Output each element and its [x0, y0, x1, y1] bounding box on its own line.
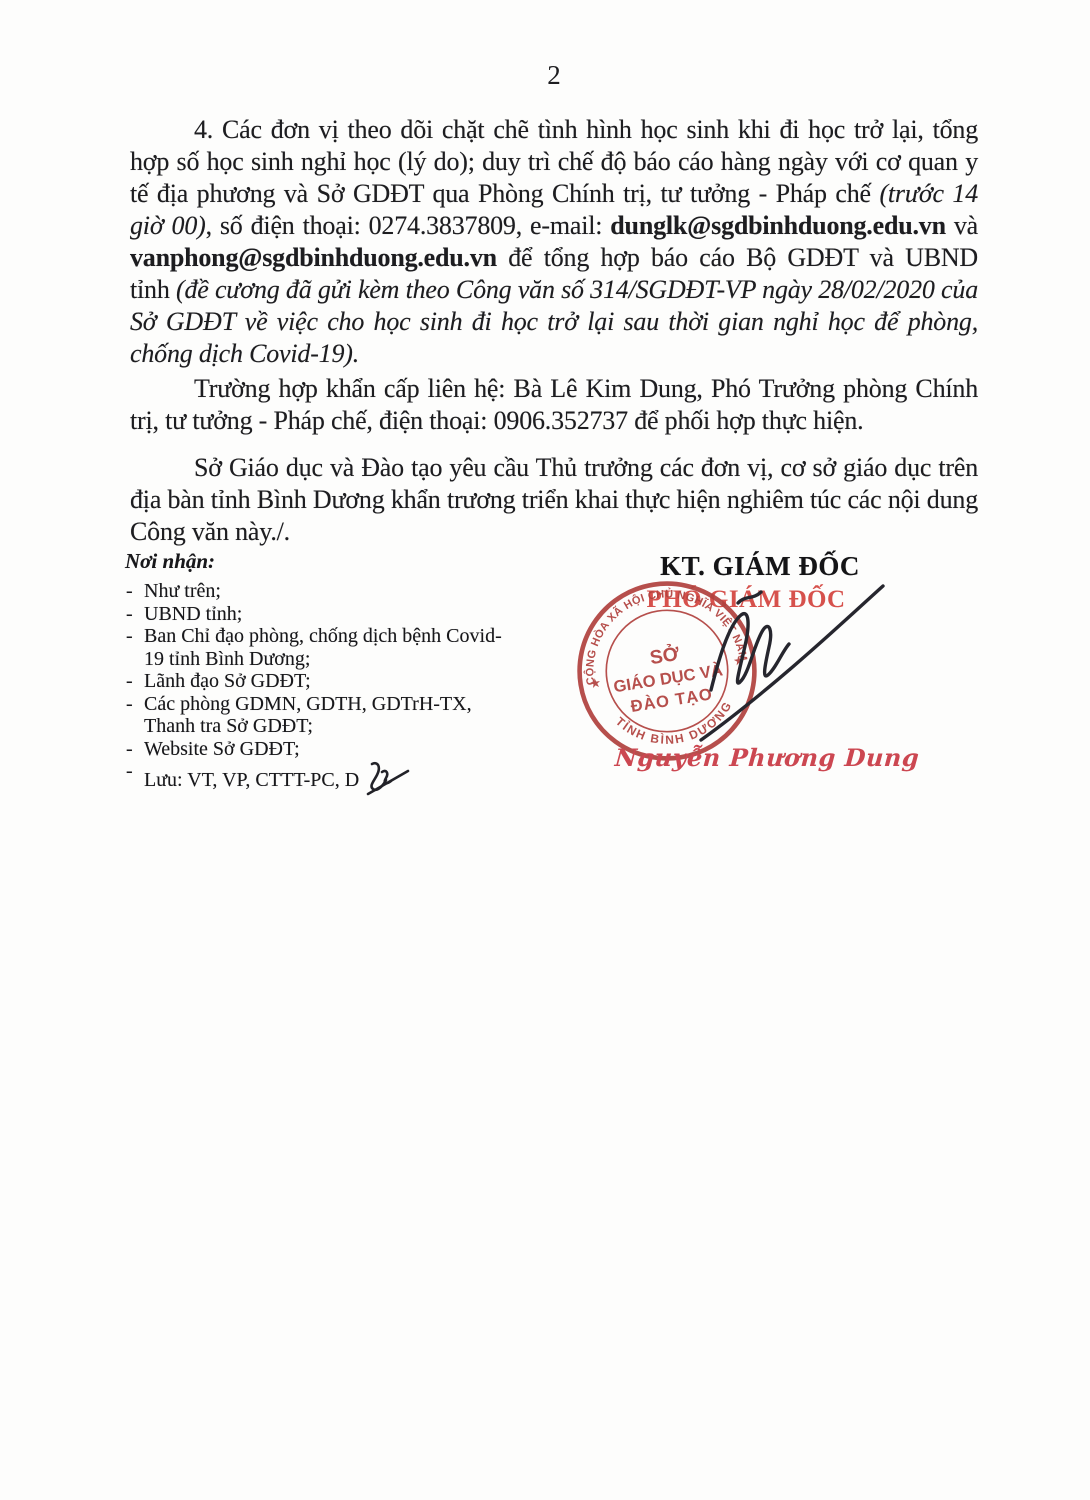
recipient-item: Các phòng GDMN, GDTH, GDTrH-TX, Thanh tr…	[125, 693, 517, 738]
recipient-item-luu: Lưu: VT, VP, CTTT-PC, D	[125, 760, 517, 802]
signature-block: KT. GIÁM ĐỐC PHÓ GIÁM ĐỐC CỘNG HÒA XÃ HỘ…	[555, 546, 985, 802]
paragraph-italic-note: (đề cương đã gửi kèm theo Công văn số 31…	[130, 275, 978, 368]
document-body: 4. Các đơn vị theo dõi chặt chẽ tình hìn…	[130, 114, 978, 548]
recipients-list: Như trên; UBND tỉnh; Ban Chỉ đạo phòng, …	[125, 580, 517, 802]
recipient-item: Ban Chỉ đạo phòng, chống dịch bệnh Covid…	[125, 625, 517, 670]
recipient-item: Như trên;	[125, 580, 517, 603]
paragraph-text: 4. Các đơn vị theo dõi chặt chẽ tình hìn…	[130, 115, 978, 208]
paragraph-emergency-contact: Trường hợp khẩn cấp liên hệ: Bà Lê Kim D…	[130, 373, 978, 437]
paragraph-item-4: 4. Các đơn vị theo dõi chặt chẽ tình hìn…	[130, 114, 978, 370]
recipients-title: Nơi nhận:	[125, 549, 517, 573]
handwritten-initials-mark	[360, 760, 412, 802]
recipient-item: Website Sở GDĐT;	[125, 738, 517, 761]
recipient-item: UBND tỉnh;	[125, 603, 517, 626]
document-page: 2 4. Các đơn vị theo dõi chặt chẽ tình h…	[0, 0, 1090, 1500]
email-address: dunglk@sgdbinhduong.edu.vn	[610, 211, 946, 240]
stamp-star-left-icon: ★	[590, 677, 602, 690]
handwritten-signature	[678, 568, 920, 770]
recipient-item: Lãnh đạo Sở GDĐT;	[125, 670, 517, 693]
paragraph-text: , số điện thoại: 0274.3837809, e-mail:	[206, 211, 611, 240]
paragraph-closing: Sở Giáo dục và Đào tạo yêu cầu Thủ trưởn…	[130, 452, 978, 548]
paragraph-text: và	[946, 211, 978, 240]
signer-name: Nguyễn Phương Dung	[614, 744, 920, 772]
recipients-block: Nơi nhận: Như trên; UBND tỉnh; Ban Chỉ đ…	[125, 549, 517, 802]
page-number: 2	[130, 62, 978, 89]
stamp-center-line1: SỞ	[648, 641, 681, 669]
email-address: vanphong@sgdbinhduong.edu.vn	[130, 243, 497, 272]
recipient-item-text: Lưu: VT, VP, CTTT-PC, D	[144, 769, 359, 791]
